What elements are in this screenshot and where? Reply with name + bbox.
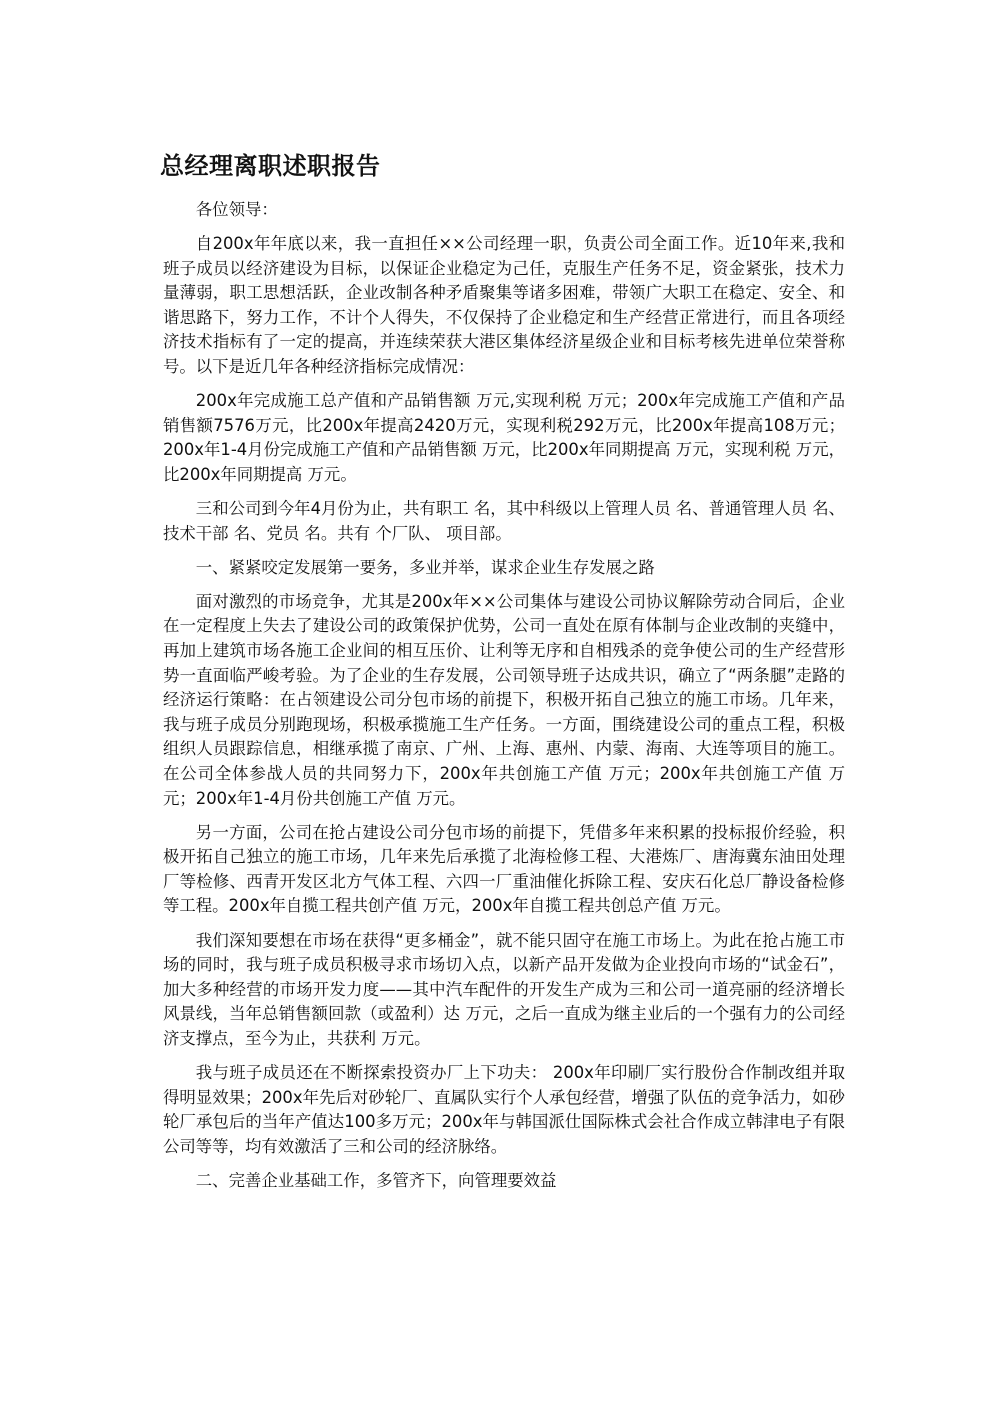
paragraph-staffing: 三和公司到今年4月份为止，共有职工 名，其中科级以上管理人员 名、普通管理人员 … [163,497,845,546]
salutation: 各位领导： [163,198,845,223]
section-heading-2: 二、完善企业基础工作，多管齐下，向管理要效益 [163,1169,845,1194]
paragraph-intro: 自200x年年底以来，我一直担任××公司经理一职，负责公司全面工作。近10年来,… [163,232,845,380]
paragraph-economic-indicators: 200x年完成施工总产值和产品销售额 万元,实现利税 万元；200x年完成施工产… [163,389,845,487]
paragraph-market-competition: 面对激烈的市场竞争，尤其是200x年××公司集体与建设公司协议解除劳动合同后，企… [163,590,845,811]
section-heading-1: 一、紧紧咬定发展第一要务，多业并举，谋求企业生存发展之路 [163,556,845,581]
paragraph-independent-market: 另一方面，公司在抢占建设公司分包市场的前提下，凭借多年来积累的投标报价经验，积极… [163,821,845,919]
document-title: 总经理离职述职报告 [160,150,845,182]
paragraph-diversification: 我们深知要想在市场在获得“更多桶金”，就不能只固守在施工市场上。为此在抢占施工市… [163,929,845,1052]
document-page: 总经理离职述职报告 各位领导： 自200x年年底以来，我一直担任××公司经理一职… [163,150,845,1203]
paragraph-investment: 我与班子成员还在不断探索投资办厂上下功夫： 200x年印刷厂实行股份合作制改组并… [163,1061,845,1159]
